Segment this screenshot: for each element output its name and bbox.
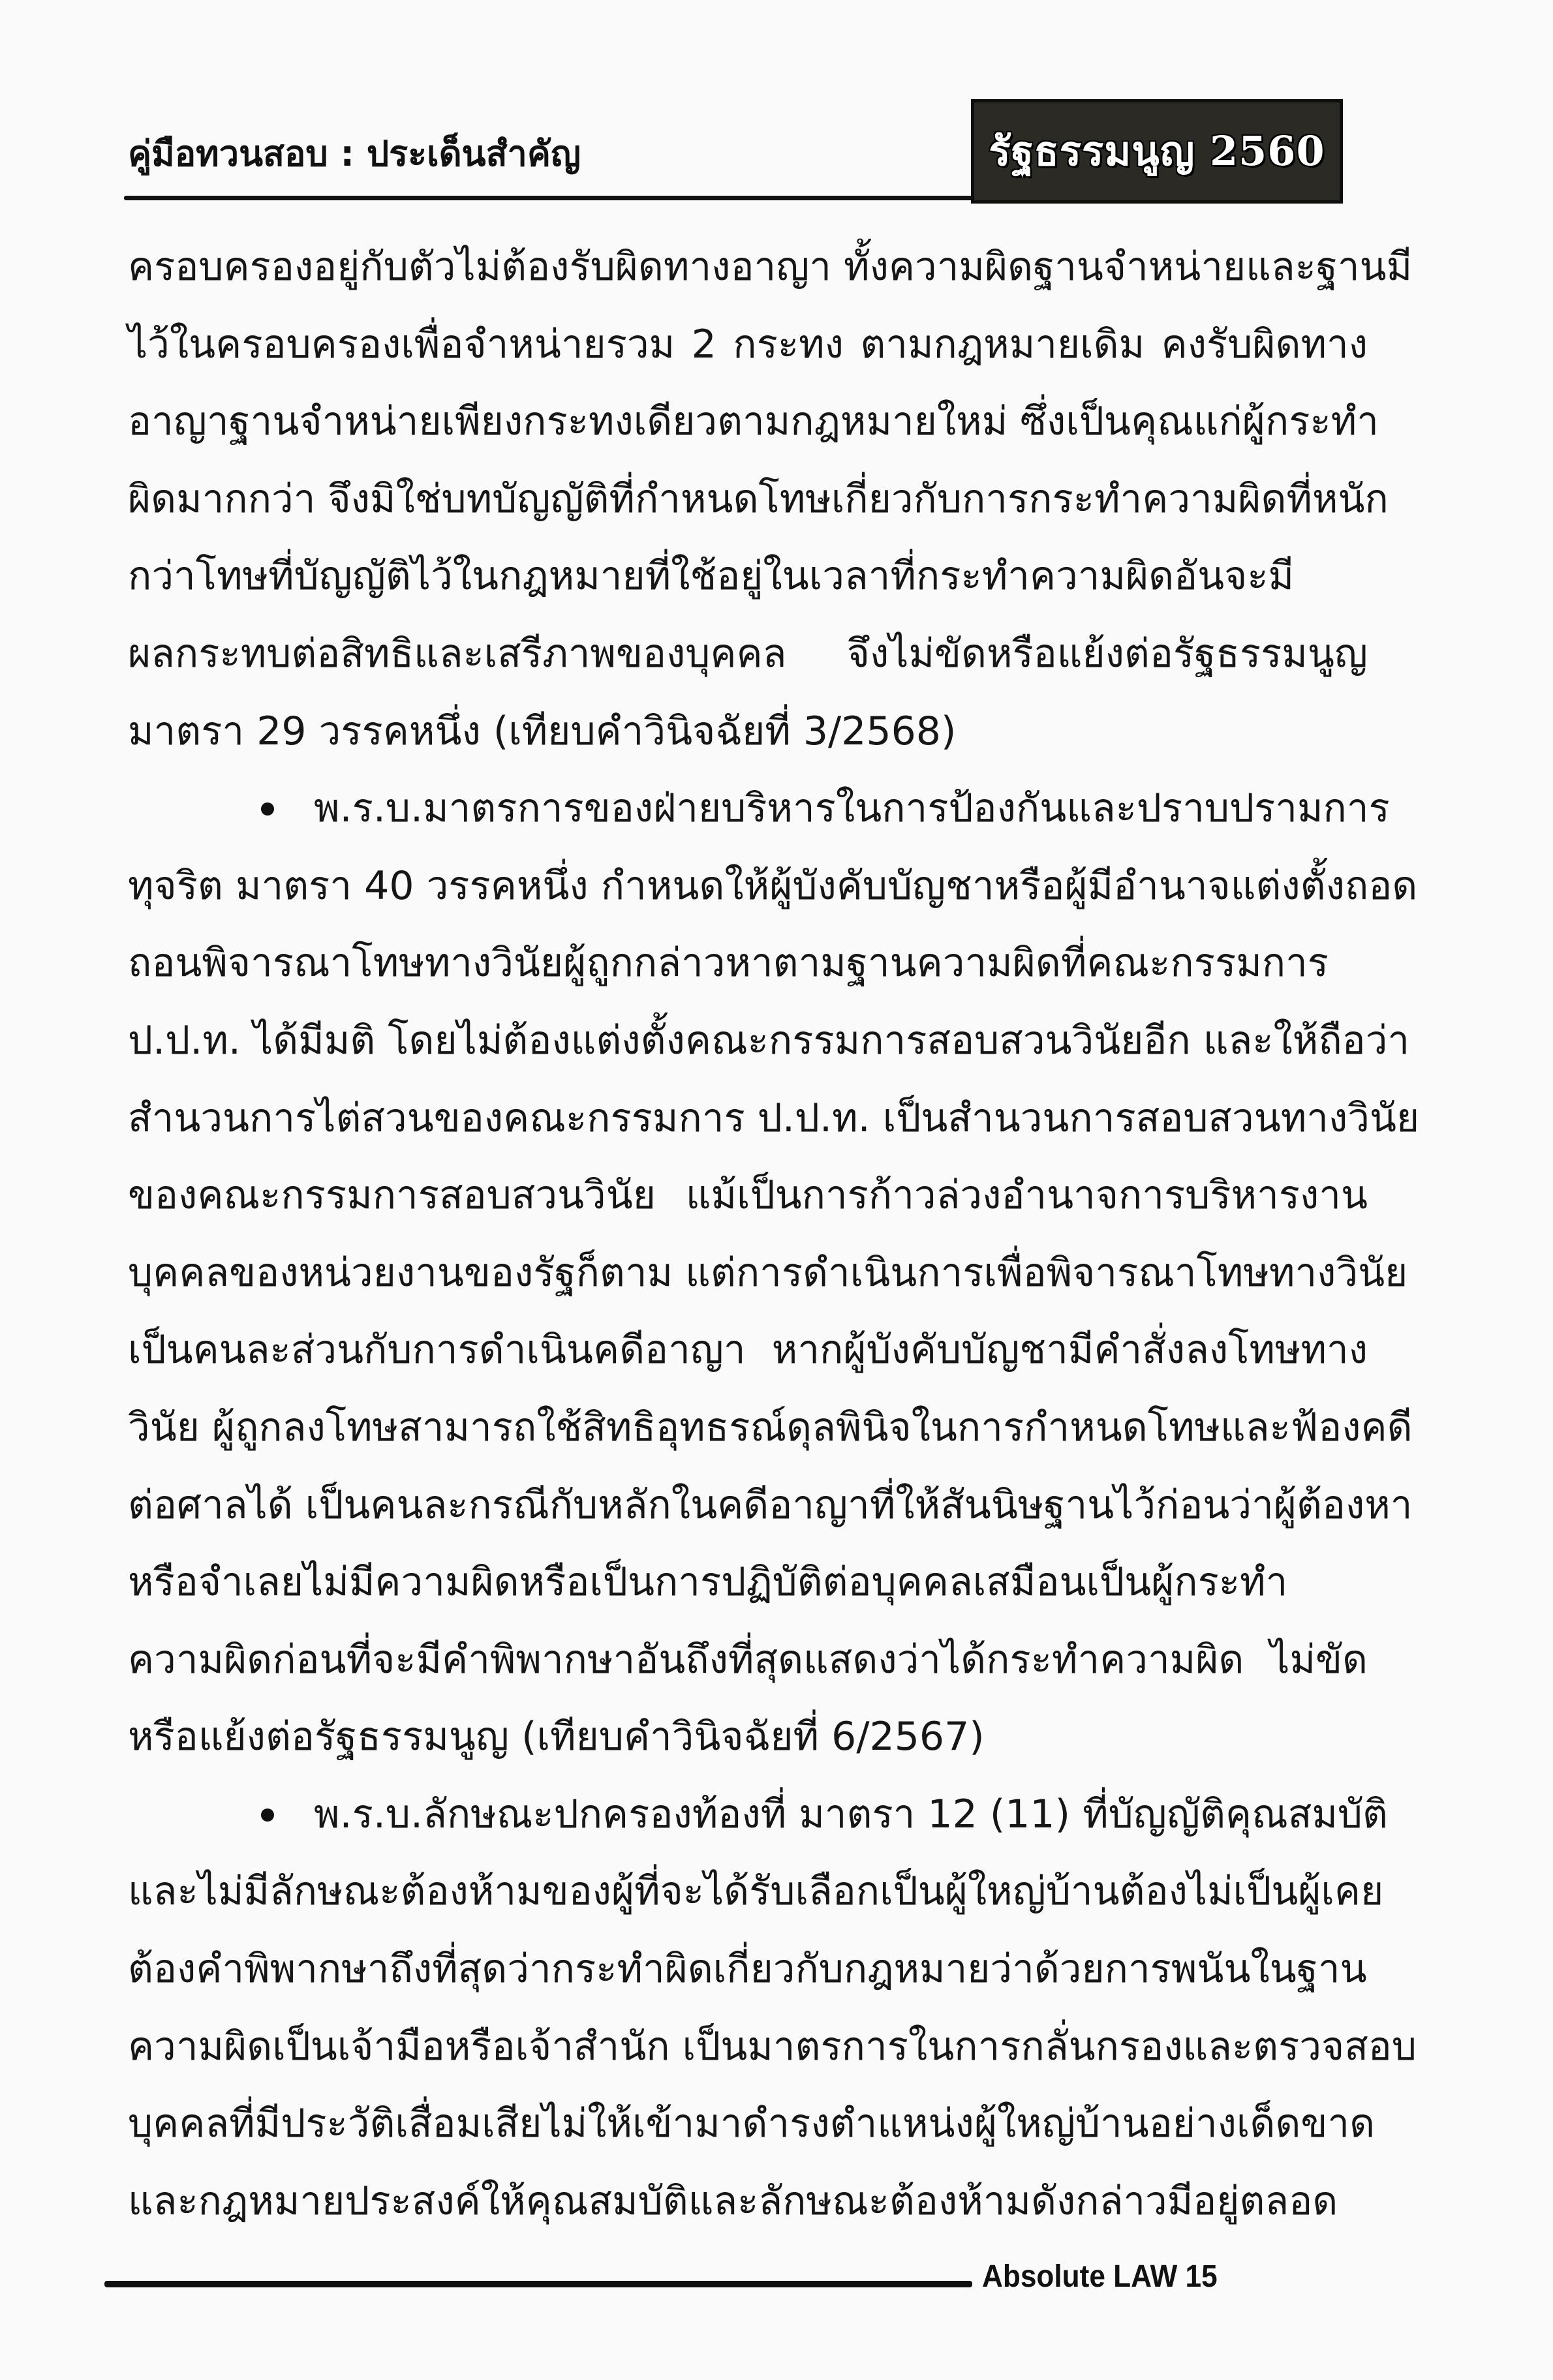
footer-divider <box>104 2281 972 2287</box>
text-line: และไม่มีลักษณะต้องห้ามของผู้ที่จะได้รับเ… <box>128 1853 1368 1930</box>
text-line: ผิดมากกว่า จึงมิใช่บทบัญญัติที่กำหนดโทษเ… <box>128 461 1368 538</box>
text-line: มาตรา 29 วรรคหนึ่ง (เทียบคำวินิจฉัยที่ 3… <box>128 693 1368 770</box>
text-line: ความผิดก่อนที่จะมีคำพิพากษาอันถึงที่สุดแ… <box>128 1621 1368 1699</box>
text-line: ป.ป.ท. ได้มีมติ โดยไม่ต้องแต่งตั้งคณะกรร… <box>128 1002 1368 1080</box>
text-line: ต้องคำพิพากษาถึงที่สุดว่ากระทำผิดเกี่ยวก… <box>128 1930 1368 2008</box>
footer-book-title-page-number: Absolute LAW 15 <box>982 2259 1218 2295</box>
page-header: คู่มือทวนสอบ : ประเด็นสำคัญ รัฐธรรมนูญ 2… <box>124 91 1344 209</box>
bullet-icon <box>261 802 274 816</box>
paragraph-continuation: ครอบครองอยู่กับตัวไม่ต้องรับผิดทางอาญา ท… <box>128 228 1368 770</box>
text-line: สำนวนการไต่สวนของคณะกรรมการ ป.ป.ท. เป็นส… <box>128 1080 1368 1157</box>
text-line: ถอนพิจารณาโทษทางวินัยผู้ถูกกล่าวหาตามฐาน… <box>128 924 1368 1002</box>
body-text: ครอบครองอยู่กับตัวไม่ต้องรับผิดทางอาญา ท… <box>128 228 1368 2240</box>
chapter-badge-text: รัฐธรรมนูญ 2560 <box>989 119 1325 183</box>
text-line: ไว้ในครอบครองเพื่อจำหน่ายรวม 2 กระทง ตาม… <box>128 306 1368 384</box>
header-title: คู่มือทวนสอบ : ประเด็นสำคัญ <box>128 125 581 181</box>
text-line: กว่าโทษที่บัญญัติไว้ในกฎหมายที่ใช้อยู่ใน… <box>128 538 1368 615</box>
text-line: บุคคลที่มีประวัติเสื่อมเสียไม่ให้เข้ามาด… <box>128 2085 1368 2163</box>
bullet-item-anti-corruption-act: พ.ร.บ.มาตรการของฝ่ายบริหารในการป้องกันแล… <box>128 770 1368 1776</box>
bullet-icon <box>261 1808 274 1822</box>
text-line: ทุจริต มาตรา 40 วรรคหนึ่ง กำหนดให้ผู้บัง… <box>128 847 1368 925</box>
text-line: และกฎหมายประสงค์ให้คุณสมบัติและลักษณะต้อ… <box>128 2163 1368 2240</box>
text-line: พ.ร.บ.ลักษณะปกครองท้องที่ มาตรา 12 (11) … <box>314 1792 1388 1837</box>
text-line: พ.ร.บ.มาตรการของฝ่ายบริหารในการป้องกันแล… <box>314 786 1390 831</box>
text-line: ความผิดเป็นเจ้ามือหรือเจ้าสำนัก เป็นมาตร… <box>128 2008 1368 2086</box>
bullet-item-local-administration-act: พ.ร.บ.ลักษณะปกครองท้องที่ มาตรา 12 (11) … <box>128 1776 1368 2240</box>
text-line: ผลกระทบต่อสิทธิและเสรีภาพของบุคคล จึงไม่… <box>128 615 1368 693</box>
text-line: ครอบครองอยู่กับตัวไม่ต้องรับผิดทางอาญา ท… <box>128 228 1368 306</box>
bullet-first-line: พ.ร.บ.มาตรการของฝ่ายบริหารในการป้องกันแล… <box>128 770 1368 847</box>
page-footer: Absolute LAW 15 <box>104 2244 1351 2316</box>
text-line: อาญาฐานจำหน่ายเพียงกระทงเดียวตามกฎหมายให… <box>128 383 1368 461</box>
chapter-badge: รัฐธรรมนูญ 2560 <box>971 99 1343 204</box>
text-line: หรือแย้งต่อรัฐธรรมนูญ (เทียบคำวินิจฉัยที… <box>128 1698 1368 1776</box>
text-line: เป็นคนละส่วนกับการดำเนินคดีอาญา หากผู้บั… <box>128 1311 1368 1389</box>
text-line: หรือจำเลยไม่มีความผิดหรือเป็นการปฏิบัติต… <box>128 1544 1368 1621</box>
text-line: บุคคลของหน่วยงานของรัฐก็ตาม แต่การดำเนิน… <box>128 1234 1368 1312</box>
text-line: ของคณะกรรมการสอบสวนวินัย แม้เป็นการก้าวล… <box>128 1157 1368 1234</box>
header-divider <box>124 196 985 200</box>
bullet-first-line: พ.ร.บ.ลักษณะปกครองท้องที่ มาตรา 12 (11) … <box>128 1776 1368 1854</box>
text-line: ต่อศาลได้ เป็นคนละกรณีกับหลักในคดีอาญาที… <box>128 1467 1368 1544</box>
text-line: วินัย ผู้ถูกลงโทษสามารถใช้สิทธิอุทธรณ์ดุ… <box>128 1389 1368 1467</box>
